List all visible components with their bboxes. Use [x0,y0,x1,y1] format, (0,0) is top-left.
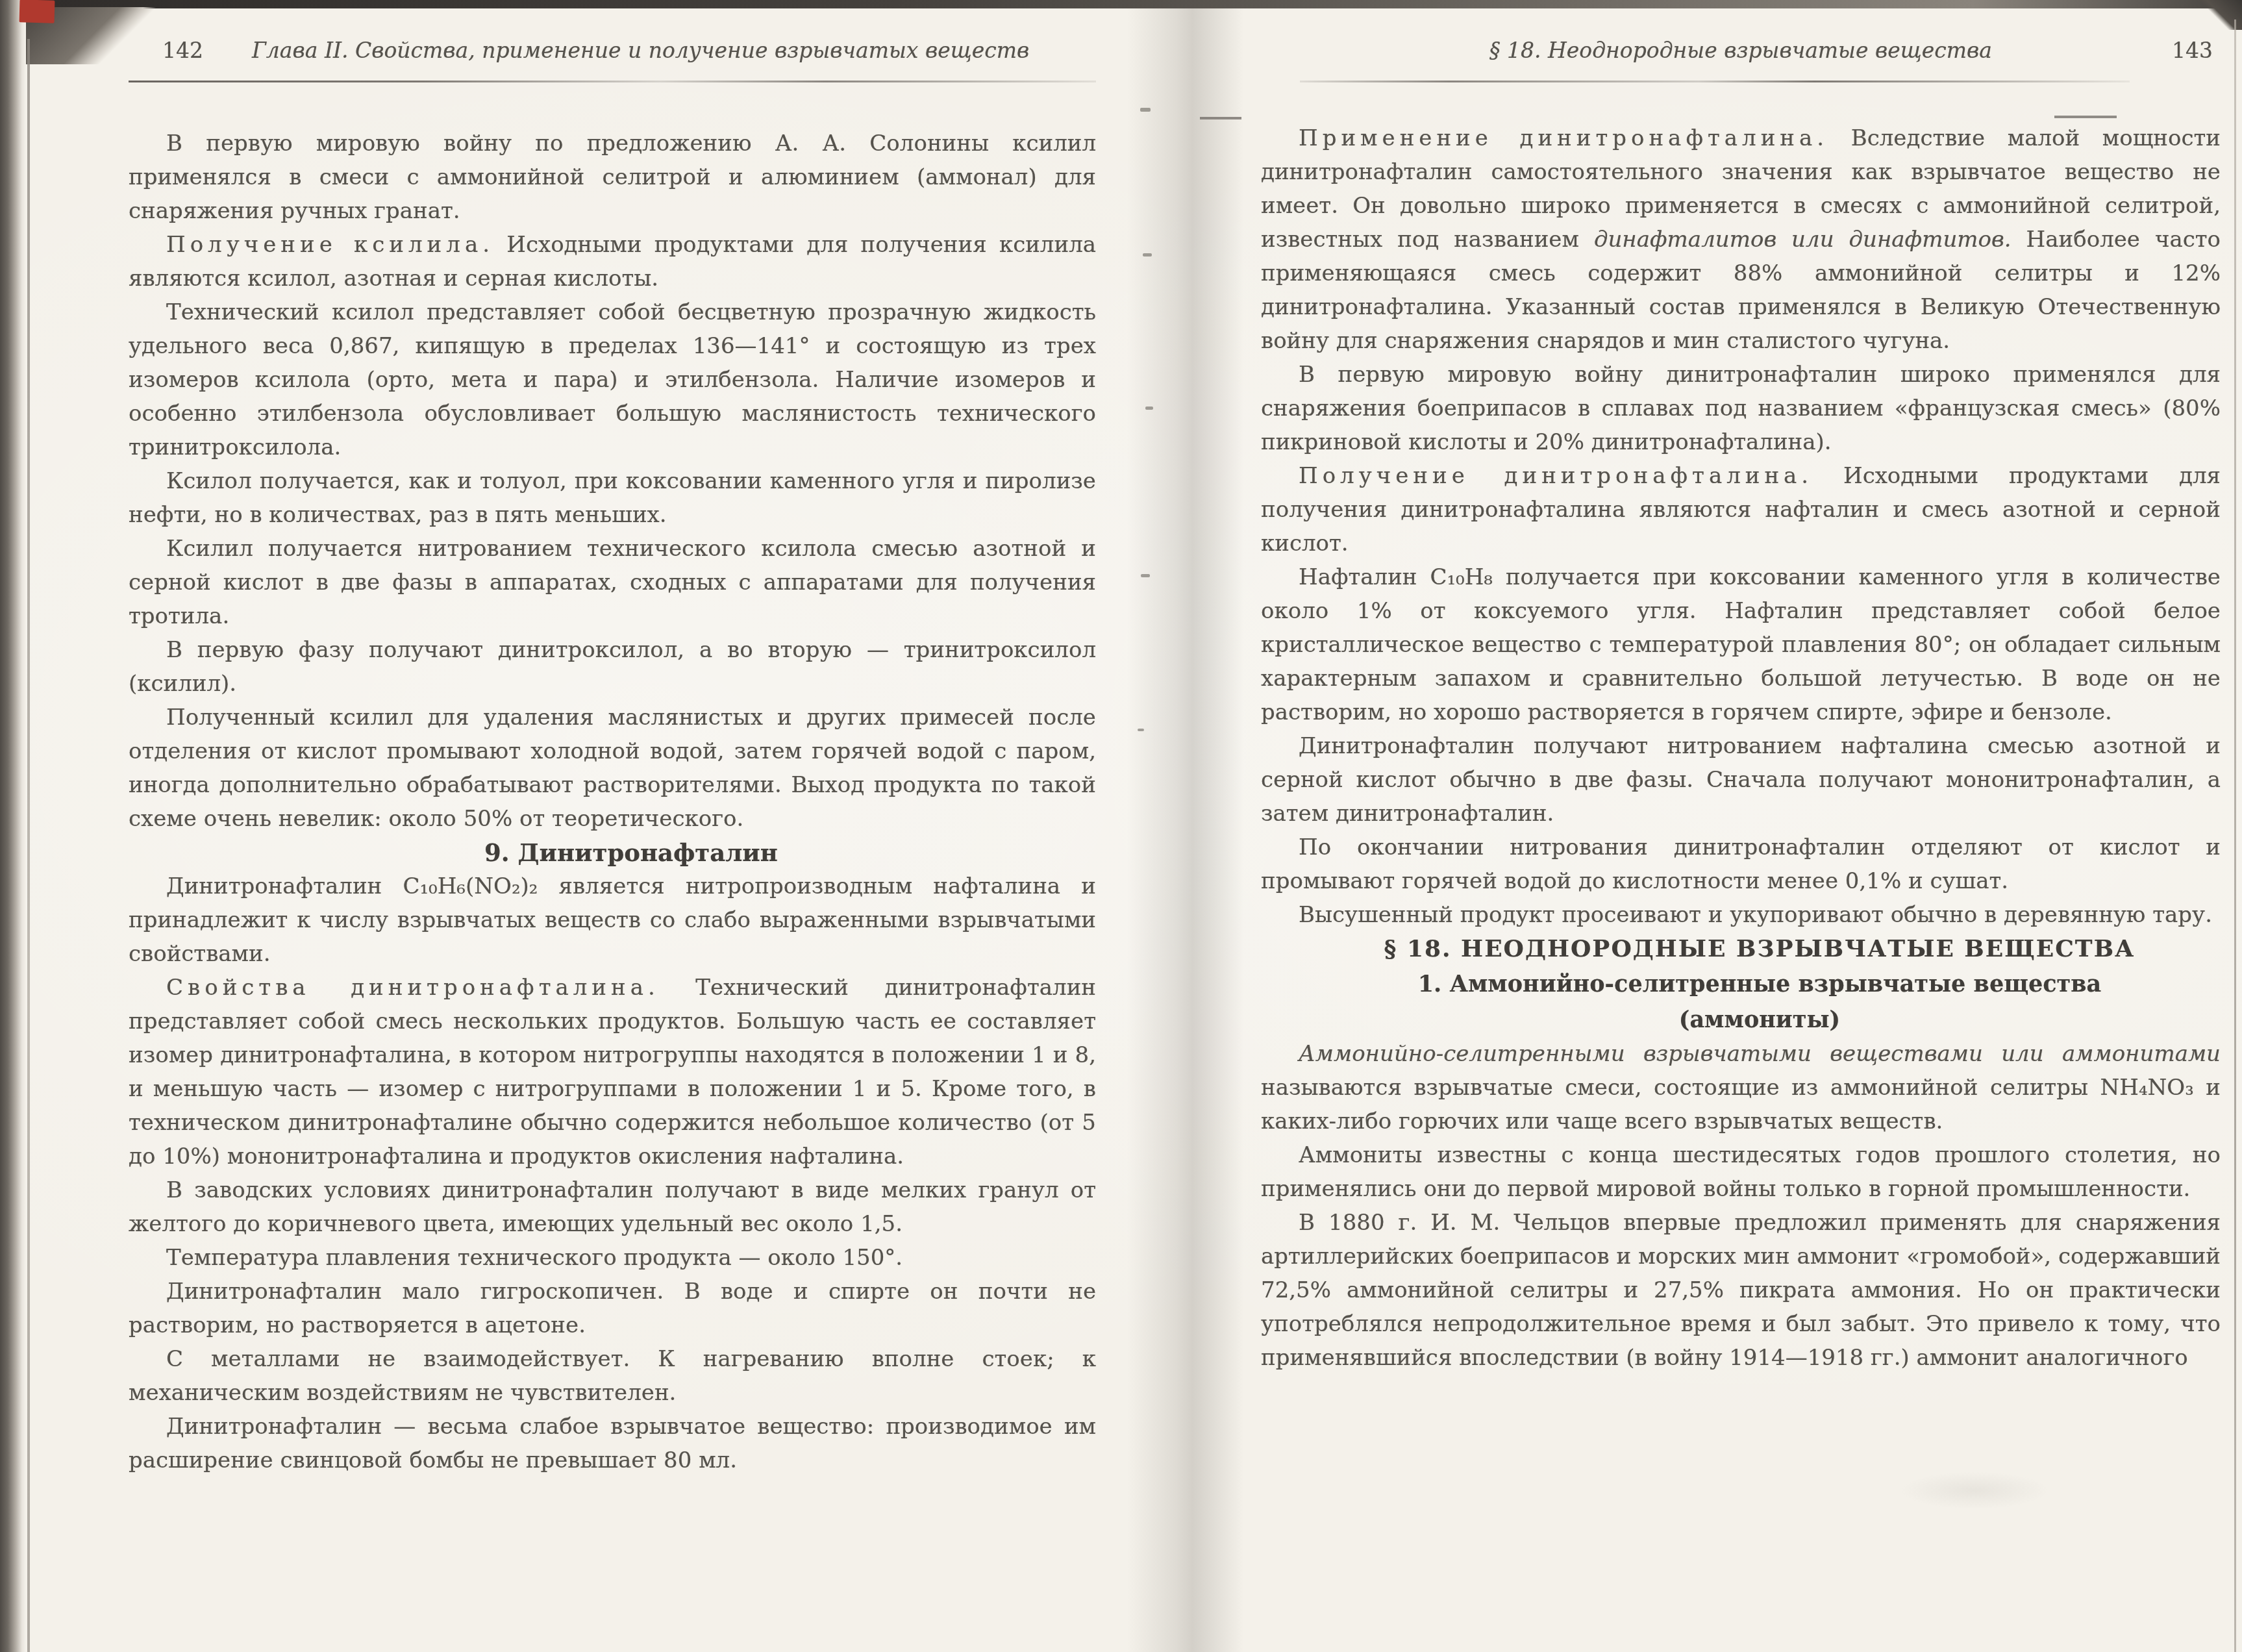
header-rule-left [129,81,1096,82]
scan-artifact [1143,253,1152,257]
paragraph: По окончании нитрования динитронафталин … [1261,831,2221,898]
header-rule-dash [1200,117,1241,119]
paragraph-text: Динитронафталин мало гигроскопичен. В во… [129,1279,1096,1338]
paragraph-text: В первую мировую войну по предложению А.… [129,131,1096,224]
page-number-right: 143 [2172,34,2213,68]
header-rule-dash [2054,116,2117,118]
scan-artifact [1138,729,1144,731]
paragraph: Применение динитронафталина. Вследствие … [1261,121,2221,358]
paragraph: В первую фазу получают динитроксилол, а … [129,633,1096,701]
paragraph: Нафталин C₁₀H₈ получается при коксовании… [1261,560,2221,729]
paragraph: Динитронафталин — весьма слабое взрывчат… [129,1410,1096,1477]
paragraph-lead: Получение динитронафталина. [1299,463,1813,489]
paragraph-text: В первую мировую войну динитронафталин ш… [1261,362,2221,455]
paragraph: В 1880 г. И. М. Чельцов впервые предложи… [1261,1206,2221,1375]
scanned-book-spread: { "colors": { "paper": "#f4f1ea", "ink":… [0,0,2242,1652]
paragraph-text: В первую фазу получают динитроксилол, а … [129,637,1096,697]
left-page: 142 Глава II. Свойства, применение и пол… [129,34,1096,1477]
paragraph-italic: динафталитов или динафтитов. [1594,227,2012,253]
paragraph-lead: Свойства динитронафталина. [166,975,660,1001]
paragraph-italic-lead: Аммонийно-селитренными взрывчатыми вещес… [1299,1041,2221,1067]
paragraph-text: В заводских условиях динитронафталин пол… [129,1177,1096,1237]
paragraph: Полученный ксилил для удаления маслянист… [129,701,1096,836]
paragraph: В первую мировую войну динитронафталин ш… [1261,358,2221,459]
paragraph-text: Полученный ксилил для удаления маслянист… [129,705,1096,832]
subsection-heading-line2: (аммониты) [1261,1003,2221,1037]
header-rule-right [1300,81,2130,82]
paragraph-text: Температура плавления технического проду… [166,1245,903,1271]
running-title-right: § 18. Неоднородные взрывчатые вещества [1489,38,1992,63]
paragraph: Температура плавления технического проду… [129,1241,1096,1275]
paragraph: Ксилил получается нитрованием техническо… [129,532,1096,633]
paragraph: С металлами не взаимодействует. К нагрев… [129,1342,1096,1410]
paragraph-text: Динитронафталин — весьма слабое взрывчат… [129,1414,1096,1473]
scan-smudge [1900,1471,2049,1509]
red-corner-mark [19,0,55,23]
section-heading-right: § 18. НЕОДНОРОДНЫЕ ВЗРЫВЧАТЫЕ ВЕЩЕСТВА [1261,932,2221,966]
paragraph: Ксилол получается, как и толуол, при кок… [129,464,1096,532]
paragraph-text: называются взрывчатые смеси, состоящие и… [1261,1075,2221,1134]
paragraph: Высушенный продукт просеивают и укупорив… [1261,898,2221,932]
left-page-body: В первую мировую войну по предложению А.… [129,127,1096,1477]
corner-fold-right [2145,0,2242,30]
paragraph: Динитронафталин получают нитрованием наф… [1261,729,2221,831]
paragraph: Аммониты известны с конца шестидесятых г… [1261,1138,2221,1206]
running-title-left: Глава II. Свойства, применение и получен… [252,34,1029,68]
scan-artifact [1145,407,1153,410]
right-page-body: Применение динитронафталина. Вследствие … [1261,121,2221,1375]
left-page-edge [0,0,26,1652]
paragraph: В первую мировую войну по предложению А.… [129,127,1096,228]
paragraph-text: С металлами не взаимодействует. К нагрев… [129,1346,1096,1406]
paragraph-text: Динитронафталин получают нитрованием наф… [1261,733,2221,827]
paragraph: Технический ксилол представляет собой бе… [129,295,1096,464]
paragraph-text: Ксилол получается, как и толуол, при кок… [129,468,1096,528]
paragraph: Свойства динитронафталина. Технический д… [129,971,1096,1173]
paragraph-lead: Получение ксилила. [166,232,494,258]
scan-artifact [1141,574,1150,577]
paragraph-text: По окончании нитрования динитронафталин … [1261,834,2221,894]
gutter-shadow [1127,0,1244,1652]
left-edge-line [27,39,30,1652]
paragraph: Аммонийно-селитренными взрывчатыми вещес… [1261,1037,2221,1138]
subsection-heading: 1. Аммонийно-селитренные взрывчатые веще… [1261,966,2221,1003]
paragraph-text: Высушенный продукт просеивают и укупорив… [1299,902,2212,928]
right-page-edge [2234,19,2236,1652]
paragraph: Динитронафталин мало гигроскопичен. В во… [129,1275,1096,1342]
paragraph-text: Аммониты известны с конца шестидесятых г… [1261,1142,2221,1202]
paragraph-text: Динитронафталин C₁₀H₆(NO₂)₂ является нит… [129,873,1096,967]
scan-artifact [1140,108,1151,112]
paragraph: Получение динитронафталина. Исходными пр… [1261,459,2221,560]
paragraph-lead: Применение динитронафталина. [1299,125,1828,151]
paragraph-text: Нафталин C₁₀H₈ получается при коксовании… [1261,564,2221,725]
right-page: § 18. Неоднородные взрывчатые вещества 1… [1261,34,2221,1375]
paragraph: Динитронафталин C₁₀H₆(NO₂)₂ является нит… [129,870,1096,971]
section-heading-left: 9. Динитронафталин [129,836,1096,870]
paragraph-text: Ксилил получается нитрованием техническо… [129,536,1096,629]
paragraph: В заводских условиях динитронафталин пол… [129,1173,1096,1241]
paragraph: Получение ксилила. Исходными продуктами … [129,228,1096,295]
running-head-right: § 18. Неоднородные взрывчатые вещества 1… [1261,34,2221,71]
paragraph-text: Технический динитронафталин представляет… [129,975,1096,1170]
top-edge-band [0,0,2242,8]
running-head-left: 142 Глава II. Свойства, применение и пол… [129,34,1096,71]
book-spread: 142 Глава II. Свойства, применение и пол… [23,0,2242,1652]
paragraph-text: Технический ксилол представляет собой бе… [129,299,1096,460]
paragraph-text: В 1880 г. И. М. Чельцов впервые предложи… [1261,1210,2221,1371]
